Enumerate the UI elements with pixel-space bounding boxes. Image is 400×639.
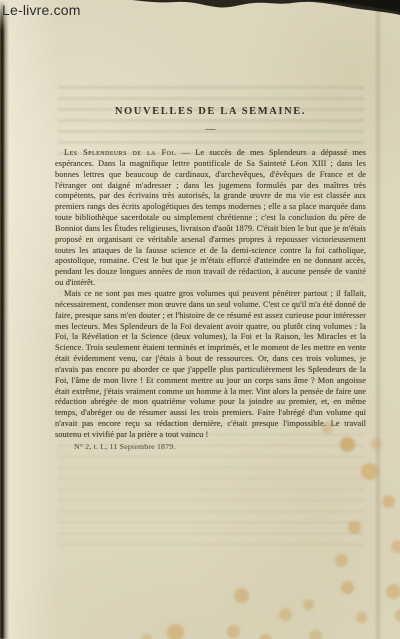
page-title: NOUVELLES DE LA SEMAINE. <box>55 106 366 117</box>
title-divider-dash: — <box>55 125 366 135</box>
article-body: Les Splendeurs de la Foi. — Le succès de… <box>55 148 366 451</box>
issue-footnote: N° 2, t. I., 11 Septembre 1879. <box>55 442 366 451</box>
watermark: Le-livre.com <box>2 2 81 18</box>
article-paragraph-2: Mais ce ne sont pas mes quatre gros volu… <box>55 289 366 441</box>
article-paragraph-1-text: — Le succès de mes Splendeurs a dépassé … <box>55 148 366 287</box>
printed-page-content: NOUVELLES DE LA SEMAINE. — Les Splendeur… <box>55 106 366 451</box>
book-spine-shadow <box>0 0 9 639</box>
article-paragraph-1: Les Splendeurs de la Foi. — Le succès de… <box>55 148 366 289</box>
article-lead-smallcaps: Les Splendeurs de la Foi. <box>64 148 176 157</box>
